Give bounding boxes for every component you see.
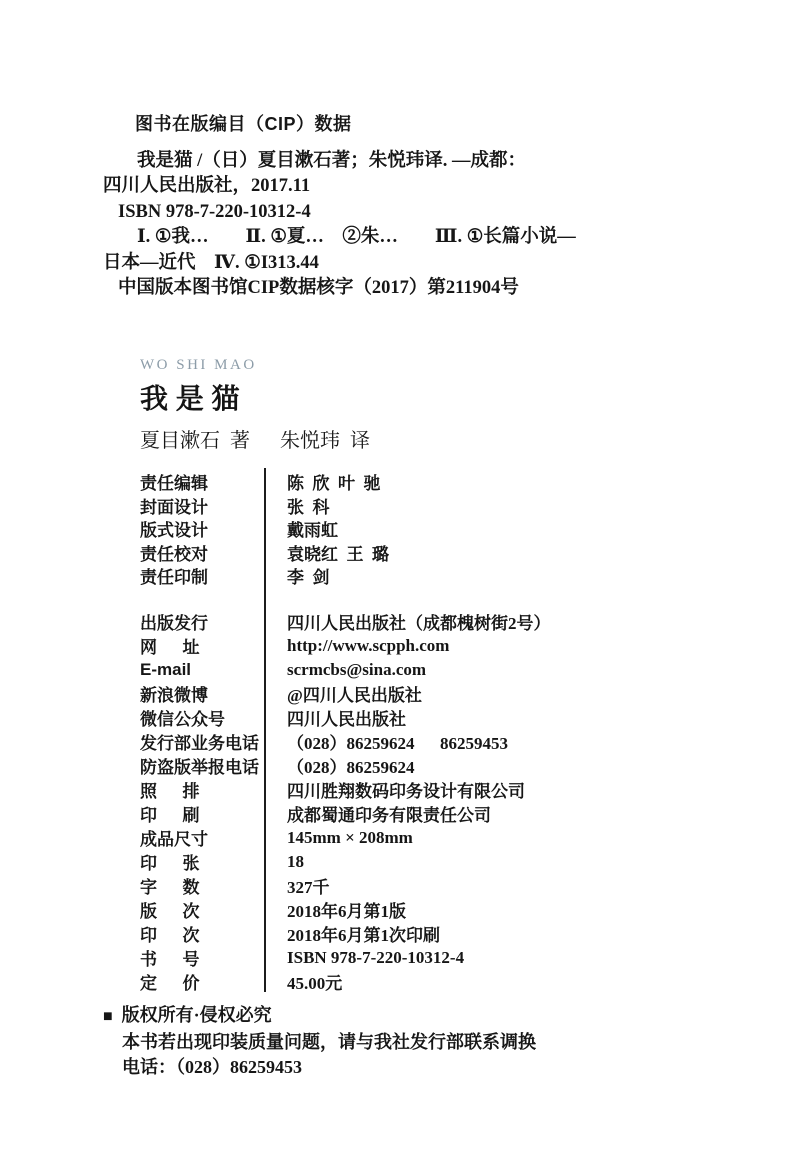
row-label: 发行部业务电话 <box>140 729 264 754</box>
row-value: （028）86259624 <box>264 753 415 778</box>
row-value: 45.00元 <box>264 969 342 994</box>
book-title: 我 是 猫 <box>140 382 660 416</box>
title-block: WO SHI MAO 我 是 猫 夏目漱石 著 朱悦玮 译 <box>140 356 660 453</box>
row-value: 327千 <box>264 873 330 898</box>
row-label: 责任编辑 <box>140 469 264 494</box>
row-label: 字 数 <box>140 873 264 898</box>
publication-info-row: 定 价45.00元 <box>140 970 720 994</box>
publication-info-row: 成品尺寸145mm × 208mm <box>140 826 720 850</box>
cip-line: 我是猫 /（日）夏目漱石著；朱悦玮译. —成都： <box>103 149 583 174</box>
publication-info-row: 印 张18 <box>140 850 720 874</box>
row-label: 责任印制 <box>140 563 264 588</box>
row-value: 张 科 <box>264 493 330 518</box>
publication-info-row: 印 刷成都蜀通印务有限责任公司 <box>140 802 720 826</box>
row-label: 责任校对 <box>140 540 264 565</box>
row-value: 成都蜀通印务有限责任公司 <box>264 801 491 826</box>
credits-table: 责任编辑陈 欣 叶 驰封面设计张 科版式设计戴雨虹责任校对袁晓红 王 璐责任印制… <box>140 468 720 588</box>
row-value: 四川人民出版社 <box>264 705 406 730</box>
row-label: 微信公众号 <box>140 705 264 730</box>
row-value: 18 <box>264 852 304 872</box>
publication-info-row: 字 数327千 <box>140 874 720 898</box>
publication-info-row: 照 排四川胜翔数码印务设计有限公司 <box>140 778 720 802</box>
row-value: 四川人民出版社（成都槐树街2号） <box>264 609 551 634</box>
row-label: 印 张 <box>140 849 264 874</box>
row-label: 印 次 <box>140 921 264 946</box>
row-label: 封面设计 <box>140 493 264 518</box>
row-label: E-mail <box>140 660 264 680</box>
row-value: scrmcbs@sina.com <box>264 660 426 680</box>
title-pinyin: WO SHI MAO <box>140 356 660 374</box>
credits-row: 版式设计戴雨虹 <box>140 517 720 541</box>
publication-info-row: 微信公众号四川人民出版社 <box>140 706 720 730</box>
vertical-divider <box>264 468 266 992</box>
publication-info-row: 书 号ISBN 978-7-220-10312-4 <box>140 946 720 970</box>
row-value: 戴雨虹 <box>264 516 338 541</box>
row-label: 防盗版举报电话 <box>140 753 264 778</box>
publication-info-row: 新浪微博@四川人民出版社 <box>140 682 720 706</box>
cip-block: 图书在版编目（CIP）数据 我是猫 /（日）夏目漱石著；朱悦玮译. —成都：四川… <box>103 112 583 301</box>
row-value: 2018年6月第1次印刷 <box>264 921 440 946</box>
row-value: （028）86259624 86259453 <box>264 729 508 754</box>
cip-lines: 我是猫 /（日）夏目漱石著；朱悦玮译. —成都：四川人民出版社，2017.11I… <box>103 149 583 301</box>
row-value: 145mm × 208mm <box>264 828 413 848</box>
cip-line: 日本—近代 Ⅳ. ①I313.44 <box>103 251 583 276</box>
row-label: 版 次 <box>140 897 264 922</box>
row-value: @四川人民出版社 <box>264 681 422 706</box>
notice-title: 版权所有·侵权必究 <box>122 1005 272 1025</box>
notice-line: 本书若出现印装质量问题，请与我社发行部联系调换 <box>103 1030 663 1056</box>
cip-line: Ⅰ. ①我… Ⅱ. ①夏… ②朱… Ⅲ. ①长篇小说— <box>103 225 583 250</box>
row-label: 照 排 <box>140 777 264 802</box>
row-value: 袁晓红 王 璐 <box>264 540 389 565</box>
row-label: 网 址 <box>140 633 264 658</box>
publication-info-table: 出版发行四川人民出版社（成都槐树街2号）网 址http://www.scpph.… <box>140 610 720 994</box>
row-label: 新浪微博 <box>140 681 264 706</box>
credits-row: 封面设计张 科 <box>140 494 720 518</box>
copyright-page: 图书在版编目（CIP）数据 我是猫 /（日）夏目漱石著；朱悦玮译. —成都：四川… <box>0 0 800 1159</box>
colophon-tables: 责任编辑陈 欣 叶 驰封面设计张 科版式设计戴雨虹责任校对袁晓红 王 璐责任印制… <box>140 468 720 994</box>
publication-info-row: 发行部业务电话（028）86259624 86259453 <box>140 730 720 754</box>
cip-line: 中国版本图书馆CIP数据核字（2017）第211904号 <box>103 276 583 301</box>
author-translator-byline: 夏目漱石 著 朱悦玮 译 <box>140 429 660 453</box>
row-value: 李 剑 <box>264 563 330 588</box>
credits-row: 责任印制李 剑 <box>140 564 720 588</box>
credits-row: 责任编辑陈 欣 叶 驰 <box>140 470 720 494</box>
square-bullet-icon: ■ <box>103 1008 113 1025</box>
row-label: 出版发行 <box>140 609 264 634</box>
row-label: 定 价 <box>140 969 264 994</box>
copyright-notice: ■版权所有·侵权必究 本书若出现印装质量问题，请与我社发行部联系调换 电话：（0… <box>103 1003 663 1081</box>
row-value: 2018年6月第1版 <box>264 897 406 922</box>
row-label: 书 号 <box>140 945 264 970</box>
row-value: ISBN 978-7-220-10312-4 <box>264 948 464 968</box>
row-value: http://www.scpph.com <box>264 636 449 656</box>
publication-info-row: E-mailscrmcbs@sina.com <box>140 658 720 682</box>
notice-line: 电话：（028）86259453 <box>103 1055 663 1081</box>
row-label: 版式设计 <box>140 516 264 541</box>
publication-info-row: 出版发行四川人民出版社（成都槐树街2号） <box>140 610 720 634</box>
credits-row: 责任校对袁晓红 王 璐 <box>140 541 720 565</box>
publication-info-row: 版 次2018年6月第1版 <box>140 898 720 922</box>
cip-header: 图书在版编目（CIP）数据 <box>135 112 583 136</box>
row-label: 成品尺寸 <box>140 825 264 850</box>
cip-line: 四川人民出版社，2017.11 <box>103 174 583 199</box>
row-label: 印 刷 <box>140 801 264 826</box>
row-value: 陈 欣 叶 驰 <box>264 469 381 494</box>
cip-line: ISBN 978-7-220-10312-4 <box>103 200 583 225</box>
notice-title-line: ■版权所有·侵权必究 <box>103 1003 663 1030</box>
publication-info-row: 印 次2018年6月第1次印刷 <box>140 922 720 946</box>
publication-info-row: 网 址http://www.scpph.com <box>140 634 720 658</box>
publication-info-row: 防盗版举报电话（028）86259624 <box>140 754 720 778</box>
row-value: 四川胜翔数码印务设计有限公司 <box>264 777 525 802</box>
